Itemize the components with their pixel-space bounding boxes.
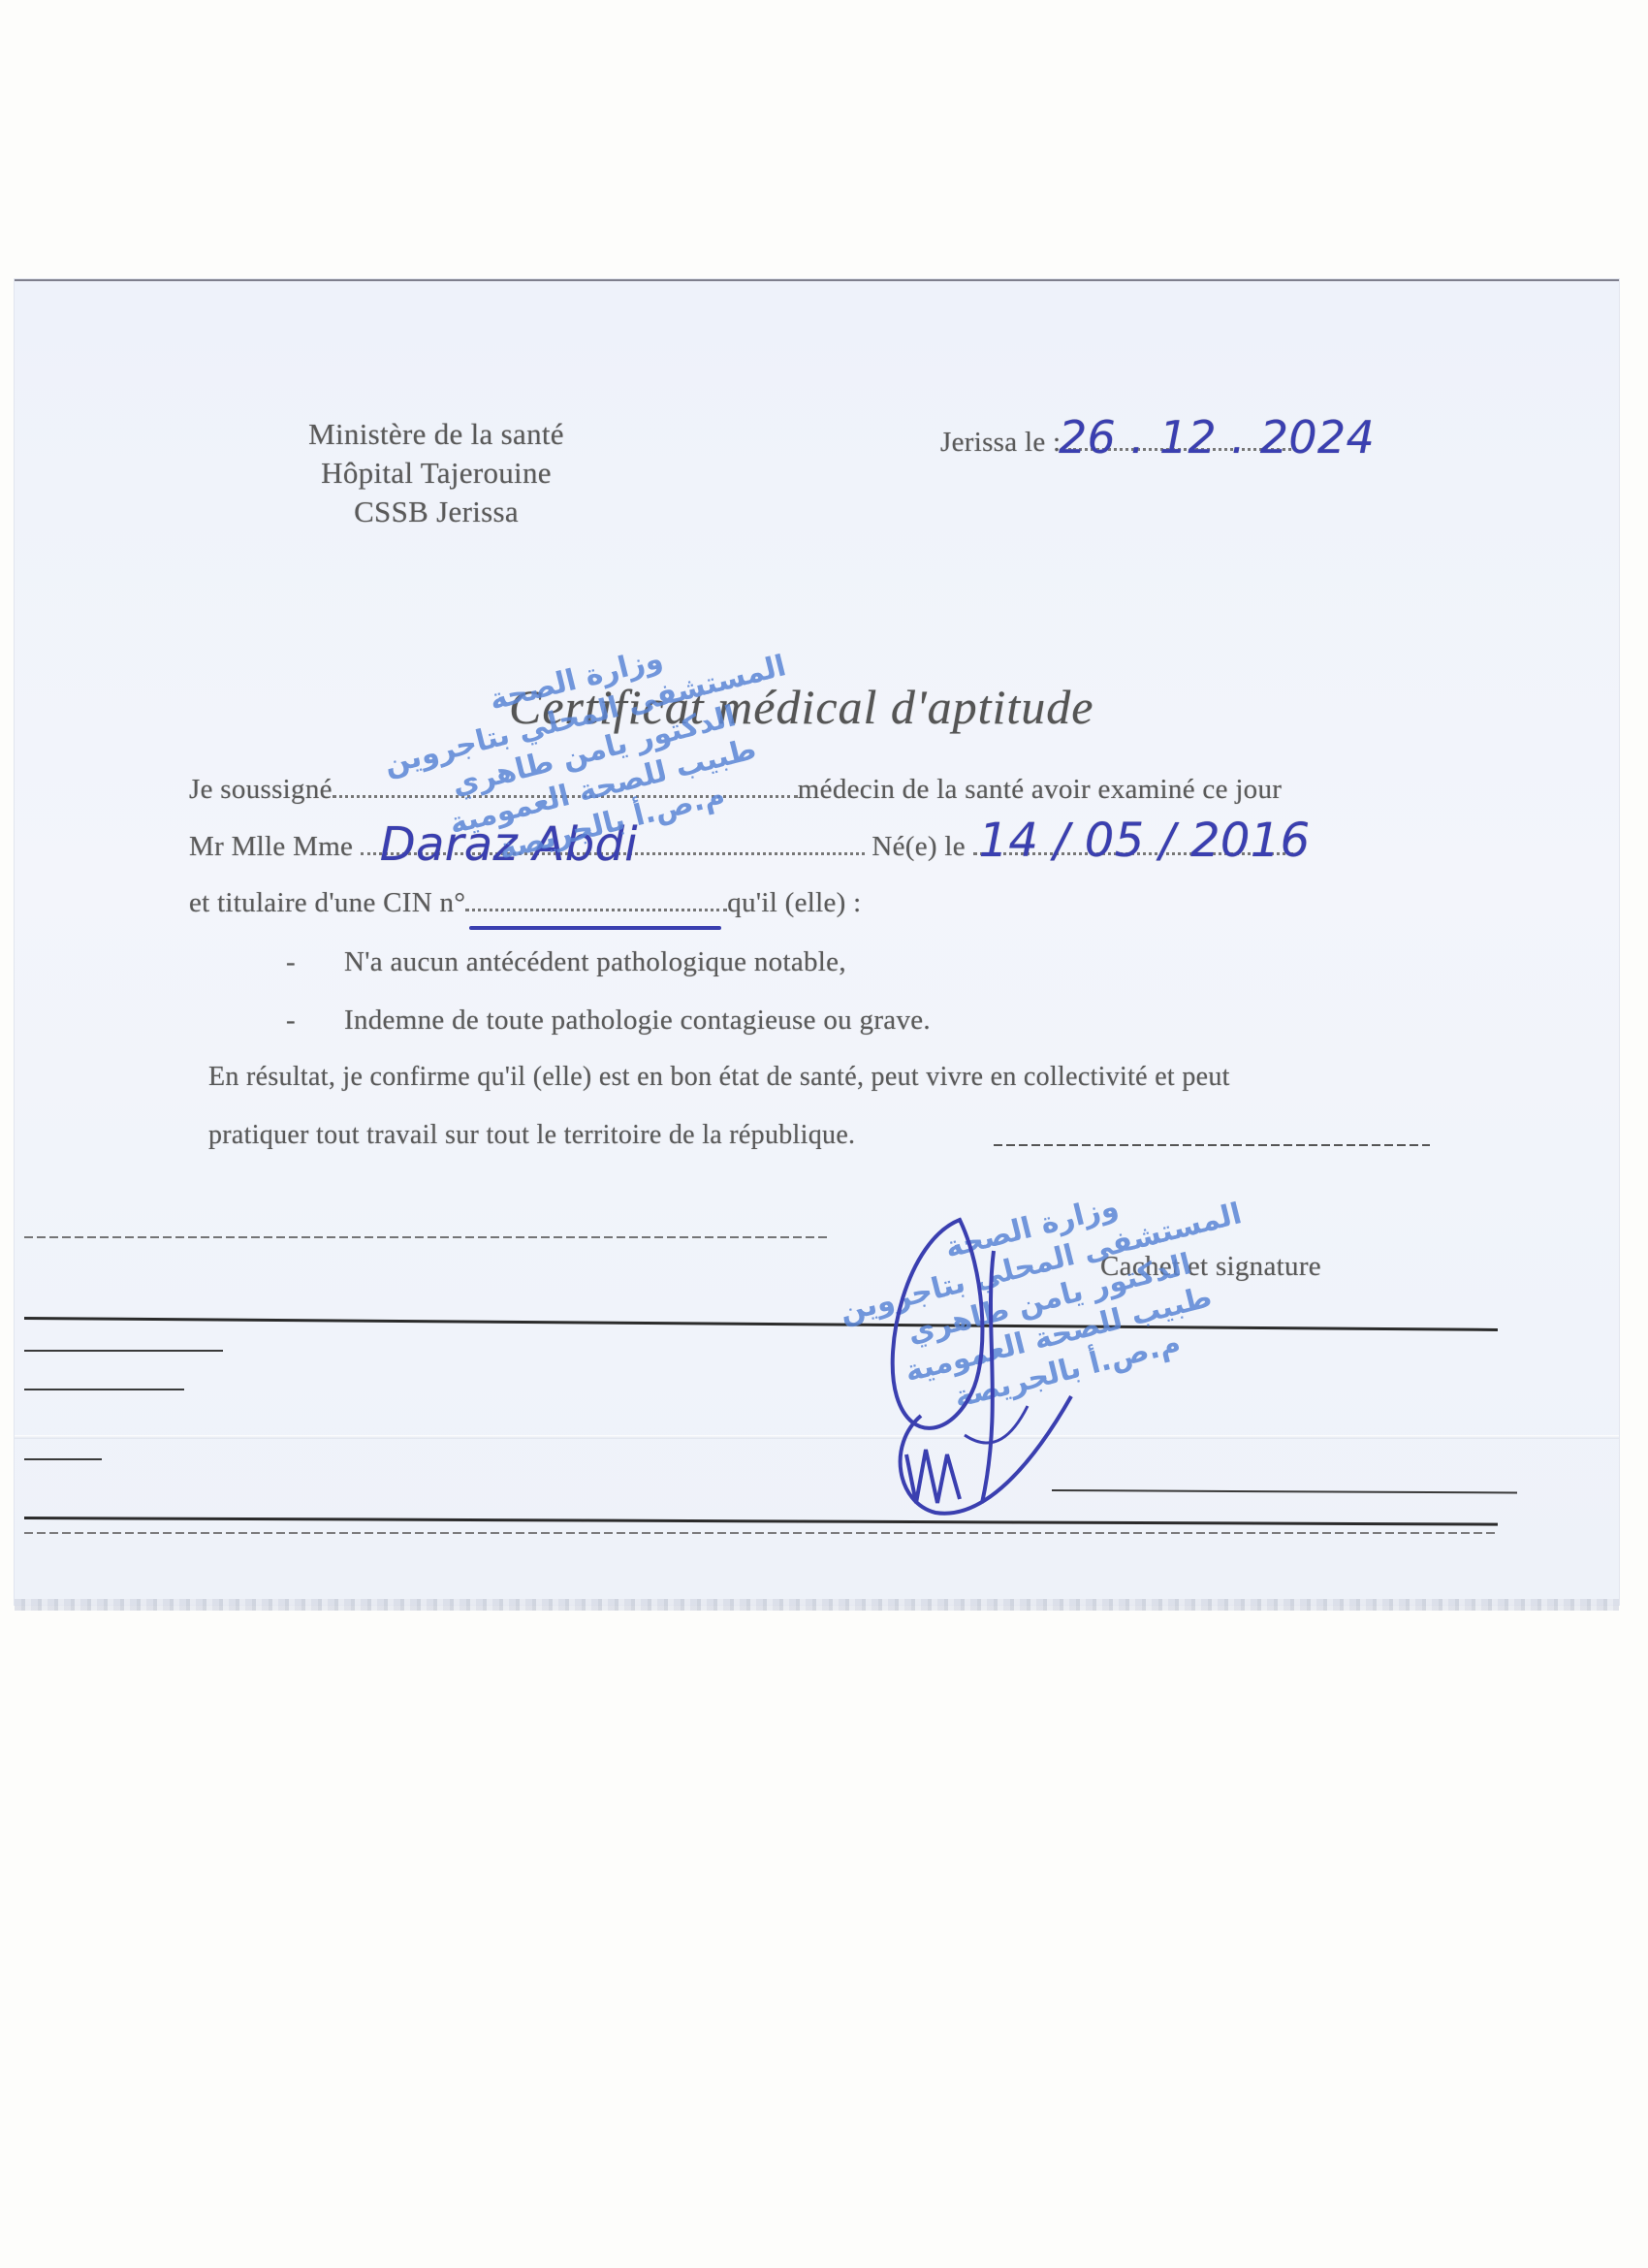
short-rule (24, 1350, 223, 1352)
header-institution: Ministère de la santé Hôpital Tajerouine… (276, 415, 596, 531)
handwritten-birth-date: 14 / 05 / 2016 (979, 814, 1311, 868)
bullet-text: Indemne de toute pathologie contagieuse … (344, 1005, 931, 1036)
place-date: Jerissa le : 26 . 12 . 2024 (940, 427, 1291, 459)
torn-edge (15, 1599, 1619, 1611)
bullet-dash-icon: - (286, 946, 344, 978)
cin-suffix: qu'il (elle) : (727, 887, 861, 918)
birthdate-blank: 14 / 05 / 2016 (973, 852, 1293, 855)
place-date-label: Jerissa le : (940, 427, 1061, 458)
faded-rule (24, 1236, 829, 1238)
cin-label: et titulaire d'une CIN n° (189, 887, 465, 918)
paper-fold (15, 1435, 1619, 1439)
form-rule (24, 1317, 1498, 1331)
certificate-paper: Ministère de la santé Hôpital Tajerouine… (15, 279, 1619, 1605)
form-rule (24, 1517, 1498, 1526)
conclusion-end-rule (994, 1144, 1430, 1146)
bullet-item: -Indemne de toute pathologie contagieuse… (286, 1005, 931, 1037)
handwritten-signature (868, 1212, 1120, 1522)
cin-strike-line (469, 926, 721, 930)
date-dotted-line: 26 . 12 . 2024 (1068, 448, 1291, 451)
examiner-suffix: médecin de la santé avoir examiné ce jou… (798, 774, 1282, 805)
cin-blank (465, 909, 727, 911)
header-hospital: Hôpital Tajerouine (276, 454, 596, 493)
signature-rule (1052, 1489, 1517, 1494)
line-patient: Mr Mlle Mme Daraz Abdi Né(e) le 14 / 05 … (189, 831, 1293, 863)
form-rule (24, 1532, 1498, 1534)
handwritten-date: 26 . 12 . 2024 (1059, 411, 1375, 463)
bullet-text: N'a aucun antécédent pathologique notabl… (344, 946, 846, 977)
line-cin: et titulaire d'une CIN n° qu'il (elle) : (189, 887, 862, 919)
conclusion-line-2: pratiquer tout travail sur tout le terri… (208, 1120, 855, 1151)
bullet-dash-icon: - (286, 1005, 344, 1037)
bullet-item: -N'a aucun antécédent pathologique notab… (286, 946, 846, 978)
header-ministry: Ministère de la santé (276, 415, 596, 454)
patient-label: Mr Mlle Mme (189, 831, 353, 862)
short-rule (24, 1389, 184, 1390)
header-center: CSSB Jerissa (276, 493, 596, 531)
short-rule (24, 1458, 102, 1460)
examiner-label: Je soussigné (189, 774, 333, 805)
born-label: Né(e) le (872, 831, 966, 862)
conclusion-line-1: En résultat, je confirme qu'il (elle) es… (208, 1062, 1230, 1093)
